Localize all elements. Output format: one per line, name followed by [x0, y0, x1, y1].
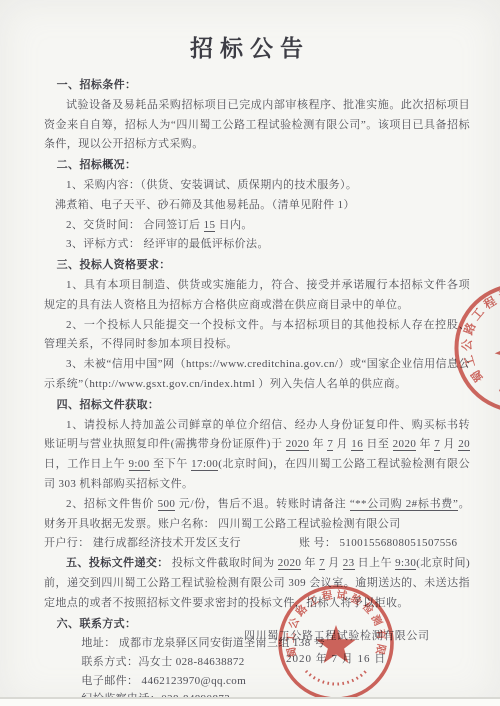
section1-heading: 一、招标条件： [44, 76, 470, 96]
section-document-acquisition: 四、招标文件获取： 1、请投标人持加盖公司鲜章的单位介绍信、经办人身份证复印件、… [44, 396, 470, 554]
submission-paragraph: 五、投标文件递交： 投标文件截取时间为 2020 年 7 月 23 日上午 9:… [44, 554, 470, 613]
bank-name: 开户行： 建行成都经济技术开发区支行 [44, 537, 241, 549]
account-number: 账 号： 51001556808051507556 [299, 537, 458, 549]
purchase-content-list: 沸煮箱、电子天平、砂石筛及其他易耗品。（清单见附件 1） [44, 196, 470, 216]
section1-paragraph: 试验设备及易耗品采购招标项目已完成内部审核程序、批准实施。此次招标项目资金来自自… [44, 96, 470, 155]
scanned-tender-announcement-page: 招标公告 一、招标条件： 试验设备及易耗品采购招标项目已完成内部审核程序、批准实… [0, 0, 500, 706]
contact-email: 电子邮件： 4462123970@qq.com [44, 672, 470, 691]
section2-heading: 二、招标概况： [44, 156, 470, 176]
section-tender-conditions: 一、招标条件： 试验设备及易耗品采购招标项目已完成内部审核程序、批准实施。此次招… [44, 76, 470, 155]
discipline-inspection-phone: 纪检监察电话：028-84890873 [44, 690, 470, 706]
qualification-item-3: 3、未被“信用中国”网（https://www.creditchina.gov.… [44, 355, 470, 395]
evaluation-method-item: 3、评标方式： 经评审的最低评标价法。 [44, 235, 470, 255]
signature-company-name: 四川蜀工公路工程试验检测有限公司 [244, 627, 474, 646]
section-tender-overview: 二、招标概况： 1、采购内容：（供货、安装调试、质保期内的技术服务）。 沸煮箱、… [44, 156, 470, 255]
signature-block: 四川蜀工公路工程试验检测有限公司 2020 年 7 月 16 日 [244, 627, 474, 669]
section3-heading: 三、投标人资格要求： [44, 256, 470, 276]
document-body: 招标公告 一、招标条件： 试验设备及易耗品采购招标项目已完成内部审核程序、批准实… [0, 0, 500, 706]
section4-heading: 四、招标文件获取： [44, 396, 470, 416]
qualification-item-1: 1、具有本项目制造、供货或实施能力，符合、接受并承诺履行本招标文件各项规定的具有… [44, 276, 470, 316]
section-bidder-qualifications: 三、投标人资格要求： 1、具有本项目制造、供货或实施能力，符合、接受并承诺履行本… [44, 256, 470, 395]
acquisition-item-2: 2、招标文件售价 500 元/份，售后不退。转账时请备注 “**公司购 2#标书… [44, 495, 470, 535]
page-title: 招标公告 [44, 30, 456, 63]
delivery-time-item: 2、交货时间： 合同签订后 15 日内。 [44, 216, 470, 236]
signature-date: 2020 年 7 月 16 日 [286, 650, 474, 669]
bank-account-row: 开户行： 建行成都经济技术开发区支行账 号： 51001556808051507… [44, 534, 470, 554]
qualification-item-2: 2、一个投标人只能提交一个投标文件。与本招标项目的其他投标人存在控股、管理关系，… [44, 316, 470, 356]
purchase-content-item: 1、采购内容：（供货、安装调试、质保期内的技术服务）。 [44, 176, 470, 196]
section-bid-submission: 五、投标文件递交： 投标文件截取时间为 2020 年 7 月 23 日上午 9:… [44, 554, 470, 613]
acquisition-item-1: 1、请投标人持加盖公司鲜章的单位介绍信、经办人身份证复印件、购买标书转账证明与营… [44, 416, 470, 495]
